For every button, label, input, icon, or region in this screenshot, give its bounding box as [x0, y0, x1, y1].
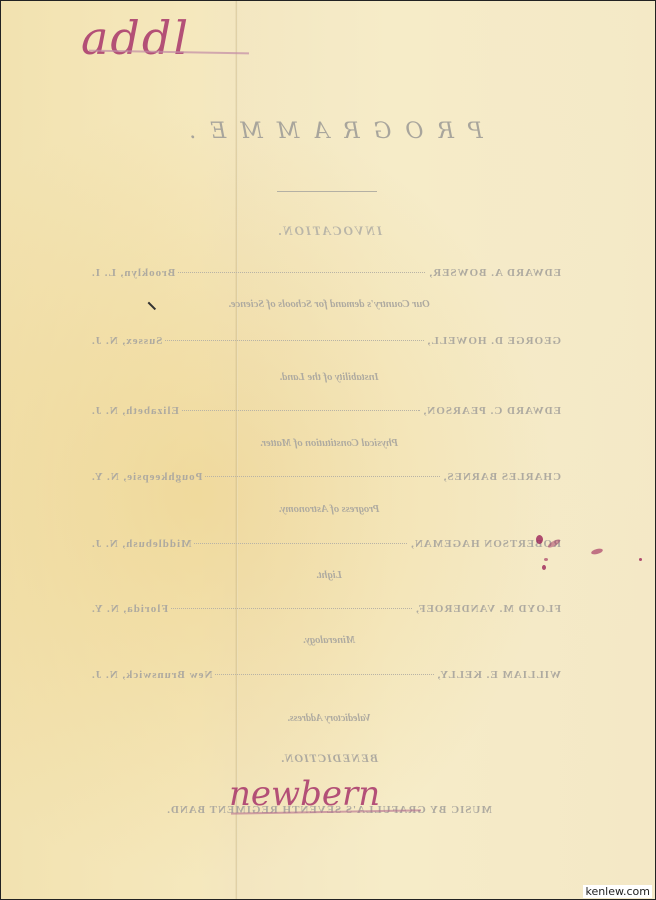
leader-dots: [171, 608, 412, 609]
leader-dots: [165, 340, 423, 341]
oration-topic: Progress of Astronomy.: [1, 504, 656, 515]
ink-stain: [639, 558, 642, 561]
oration-topic: Physical Constitution of Matter.: [1, 438, 656, 449]
speaker-name: FLOYD M. VANDEROEF,: [415, 603, 561, 615]
ink-stain: [544, 558, 548, 561]
oration-topic: Our Country's demand for Schools of Scie…: [1, 299, 656, 310]
oration-topic: Light.: [1, 570, 656, 581]
oration-topic: Instability of the Land.: [1, 372, 656, 383]
speaker-name: EDWARD C. PEARSON,: [423, 405, 561, 417]
speaker-hometown: Florida, N. Y.: [91, 603, 168, 615]
benediction-heading: BENEDICTION.: [1, 751, 656, 766]
leader-dots: [215, 674, 433, 675]
handwritten-note-top: addl: [81, 11, 190, 65]
ink-stain: [591, 548, 604, 556]
ink-stain: [536, 535, 543, 544]
speaker-name: WILLIAM E. KELLY,: [437, 669, 561, 681]
speaker-hometown: New Brunswick, N. J.: [91, 669, 212, 681]
speaker-hometown: Middlebush, N. J.: [91, 538, 191, 550]
handwritten-note-bottom: newbern: [229, 774, 380, 814]
invocation-heading: INVOCATION.: [1, 223, 656, 239]
speaker-hometown: Sussex, N. J.: [91, 335, 162, 347]
speaker-hometown: Brooklyn, L. I.: [91, 267, 175, 279]
leader-dots: [178, 272, 425, 273]
site-watermark: kenlew.com: [583, 885, 652, 898]
speaker-hometown: Elizabeth, N. J.: [91, 405, 179, 417]
speaker-hometown: Poughkeepsie, N. Y.: [91, 471, 202, 483]
speaker-name: CHARLES BARNES,: [443, 471, 561, 483]
oration-topic: Mineralogy.: [1, 635, 656, 646]
programme-title: PROGRAMME.: [1, 119, 656, 144]
scanned-document: addl PROGRAMME. INVOCATION. EDWARD A. BO…: [0, 0, 656, 900]
ink-stain: [542, 565, 546, 570]
speaker-name: EDWARD A. BOWSER,: [428, 267, 561, 279]
speaker-name: GEORGE D. HOWELL,: [427, 335, 561, 347]
leader-dots: [205, 476, 439, 477]
valedictory-line: Valedictory Address.: [1, 713, 656, 724]
leader-dots: [182, 410, 420, 411]
title-divider: [277, 191, 377, 192]
leader-dots: [194, 543, 407, 544]
